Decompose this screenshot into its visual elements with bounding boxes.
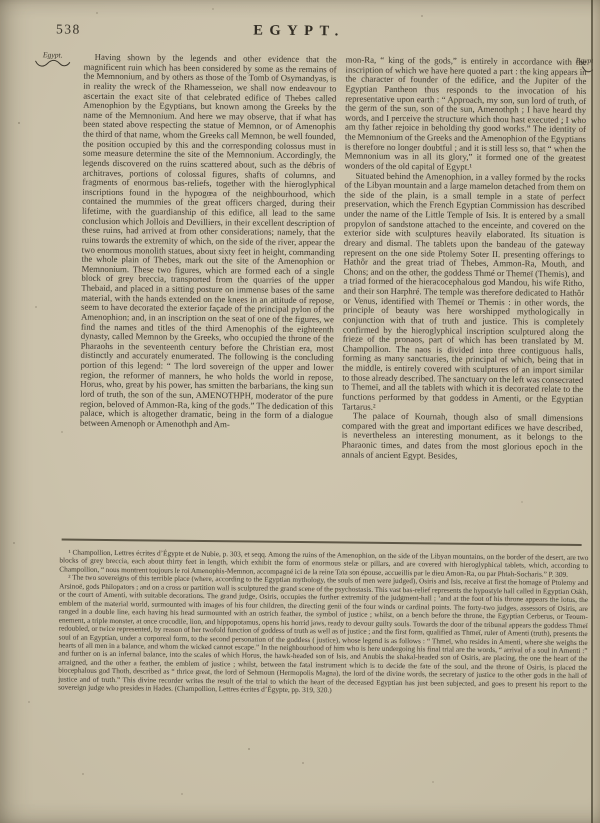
page-edge-strip xyxy=(593,0,600,823)
body-paragraph: Having shown by the legends and other ev… xyxy=(80,53,337,431)
body-paragraph: Situated behind the Amenophion, in a val… xyxy=(342,171,586,414)
page-title: EGYPT. xyxy=(4,20,594,43)
page-content: 538 EGYPT. Egypt. Egypt. Having shown by… xyxy=(0,0,600,823)
book-page: 538 EGYPT. Egypt. Egypt. Having shown by… xyxy=(0,0,600,823)
paper-speckles xyxy=(0,0,2,2)
text-column-left: Having shown by the legends and other ev… xyxy=(79,53,337,543)
margin-note-left: Egypt. xyxy=(29,50,77,69)
footnotes-block: ¹ Champollion, Lettres écrites d’Égypte … xyxy=(58,548,589,748)
footnote-2: ² The two sovereigns of this terrible pl… xyxy=(58,574,588,698)
body-paragraph: mon-Ra, “ king of the gods,” is entirely… xyxy=(345,55,587,173)
text-column-right: mon-Ra, “ king of the gods,” is entirely… xyxy=(341,55,587,544)
margin-note-left-label: Egypt. xyxy=(43,50,63,59)
margin-swash-icon xyxy=(34,58,72,68)
body-paragraph: The palace of Kournah, though also of sm… xyxy=(341,412,582,463)
